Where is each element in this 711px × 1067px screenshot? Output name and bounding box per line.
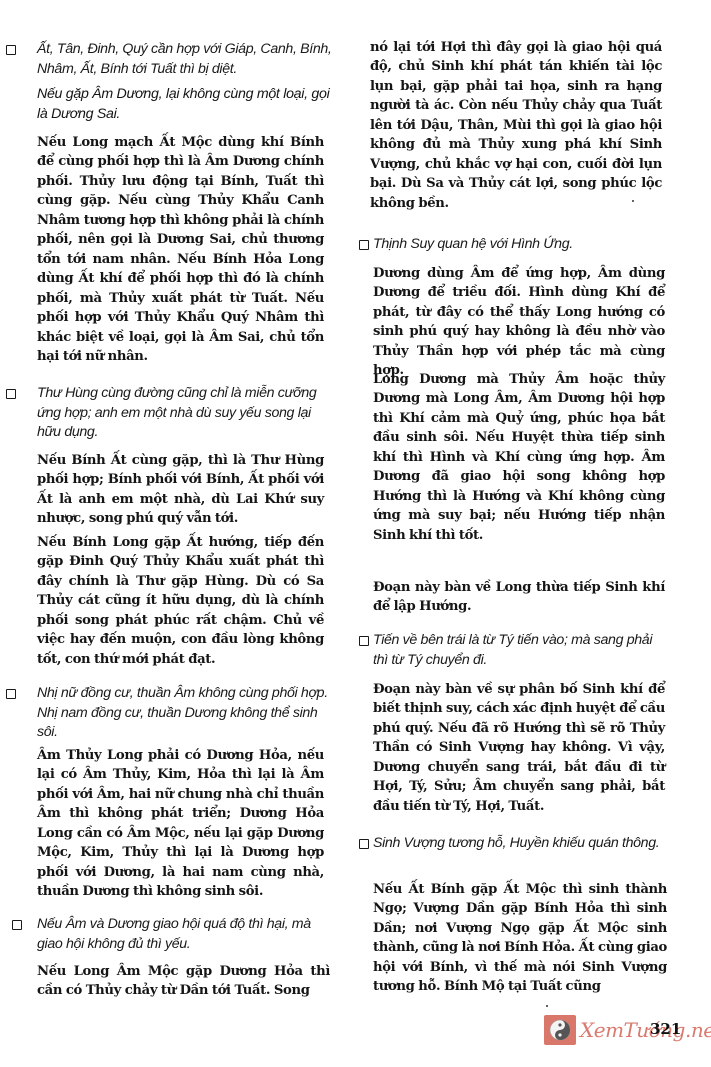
checkbox-bullet-icon — [359, 839, 369, 849]
paragraph: Nếu Bính Long gặp Ất hướng, tiếp đến gặp… — [37, 533, 324, 669]
watermark-text: XemTướng.net — [580, 1018, 711, 1042]
checkbox-bullet-icon — [6, 389, 16, 399]
section-heading: Sinh Vượng tương hỗ, Huyền khiếu quán th… — [373, 834, 668, 854]
section-heading: Tiến về bên trái là từ Tý tiến vào; mà s… — [373, 631, 668, 670]
checkbox-bullet-icon — [6, 689, 16, 699]
section-heading: Thịnh Suy quan hệ với Hình Ứng. — [373, 235, 668, 255]
paragraph: Nếu Long Âm Mộc gặp Dương Hỏa thì cần có… — [37, 962, 330, 1001]
section-heading: Ất, Tân, Đinh, Quý cần hợp với Giáp, Can… — [37, 40, 337, 79]
section-heading: Thư Hùng cùng đường cũng chỉ là miễn cưỡ… — [37, 384, 332, 443]
checkbox-bullet-icon — [12, 920, 22, 930]
section-subheading: Nếu gặp Âm Dương, lại không cùng một loạ… — [37, 85, 332, 124]
paragraph: Nếu Long mạch Ất Mộc dùng khí Bính để cù… — [37, 133, 324, 366]
paragraph: Dương dùng Âm để ứng hợp, Âm dùng Dương … — [373, 264, 665, 381]
section-heading: Nhị nữ đồng cư, thuần Âm không cùng phối… — [37, 684, 332, 743]
checkbox-bullet-icon — [359, 240, 369, 250]
page-number: 321 — [650, 1020, 681, 1038]
scan-speck — [632, 200, 634, 202]
scan-speck — [546, 1005, 548, 1007]
paragraph: nó lại tới Hợi thì đây gọi là giao hội q… — [370, 38, 662, 213]
paragraph: Đoạn này bàn về Long thừa tiếp Sinh khí … — [373, 578, 665, 617]
section-heading: Nếu Âm và Dương giao hội quá độ thì hại,… — [37, 915, 332, 954]
paragraph: Long Dương mà Thủy Âm hoặc thủy Dương mà… — [373, 370, 665, 545]
paragraph: Nếu Ất Bính gặp Ất Mộc thì sinh thành Ng… — [373, 880, 667, 997]
checkbox-bullet-icon — [359, 636, 369, 646]
paragraph: Đoạn này bàn về sự phân bố Sinh khí để b… — [373, 680, 665, 816]
checkbox-bullet-icon — [6, 45, 16, 55]
paragraph: Âm Thủy Long phải có Dương Hỏa, nếu lại … — [37, 746, 324, 902]
watermark: XemTướng.net — [544, 1015, 711, 1045]
paragraph: Nếu Bính Ất cùng gặp, thì là Thư Hùng ph… — [37, 451, 324, 529]
yin-yang-icon — [544, 1015, 576, 1045]
